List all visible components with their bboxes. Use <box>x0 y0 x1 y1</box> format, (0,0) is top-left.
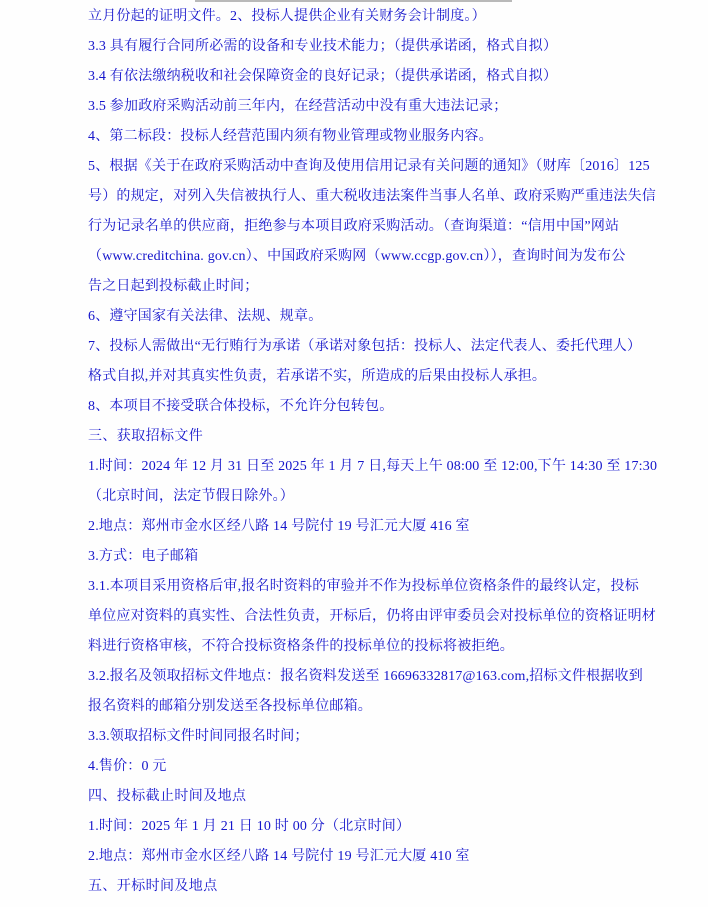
text-line: 3.4 有依法缴纳税收和社会保障资金的良好记录；（提供承诺函，格式自拟） <box>88 62 648 92</box>
document-page: 立月份起的证明文件。2、投标人提供企业有关财务会计制度。）3.3 具有履行合同所… <box>0 0 708 907</box>
text-line: （www.creditchina. gov.cn）、中国政府采购网（www.cc… <box>88 242 648 272</box>
text-line: 报名资料的邮箱分别发送至各投标单位邮箱。 <box>88 692 648 722</box>
text-line: 行为记录名单的供应商，拒绝参与本项目政府采购活动。（查询渠道：“信用中国”网站 <box>88 212 648 242</box>
text-line: 7、投标人需做出“无行贿行为承诺（承诺对象包括：投标人、法定代表人、委托代理人） <box>88 332 648 362</box>
text-line: 格式自拟,并对其真实性负责，若承诺不实，所造成的后果由投标人承担。 <box>88 362 648 392</box>
text-line: 3.3 具有履行合同所必需的设备和专业技术能力；（提供承诺函，格式自拟） <box>88 32 648 62</box>
text-line: 1.时间：2025 年 1 月 21 日 10 时 00 分（北京时间） <box>88 812 648 842</box>
text-line: 3.2.报名及领取招标文件地点：报名资料发送至 16696332817@163.… <box>88 662 648 692</box>
text-line: 单位应对资料的真实性、合法性负责，开标后，仍将由评审委员会对投标单位的资格证明材 <box>88 602 648 632</box>
text-line: 2.地点：郑州市金水区经八路 14 号院付 19 号汇元大厦 410 室 <box>88 842 648 872</box>
text-line: 3.方式：电子邮箱 <box>88 542 648 572</box>
text-line: 立月份起的证明文件。2、投标人提供企业有关财务会计制度。） <box>88 2 648 32</box>
text-line: 4.售价：0 元 <box>88 752 648 782</box>
text-line: 4、第二标段：投标人经营范围内须有物业管理或物业服务内容。 <box>88 122 648 152</box>
text-line: 3.3.领取招标文件时间同报名时间； <box>88 722 648 752</box>
section-heading: 五、开标时间及地点 <box>88 872 648 902</box>
text-line: 8、本项目不接受联合体投标，不允许分包转包。 <box>88 392 648 422</box>
section-heading: 三、获取招标文件 <box>88 422 648 452</box>
text-line: 5、根据《关于在政府采购活动中查询及使用信用记录有关问题的通知》（财库〔2016… <box>88 152 648 182</box>
text-line: 3.5 参加政府采购活动前三年内，在经营活动中没有重大违法记录； <box>88 92 648 122</box>
text-line: 料进行资格审核，不符合投标资格条件的投标单位的投标将被拒绝。 <box>88 632 648 662</box>
text-line: 3.1.本项目采用资格后审,报名时资料的审验并不作为投标单位资格条件的最终认定，… <box>88 572 648 602</box>
text-line: 6、遵守国家有关法律、法规、规章。 <box>88 302 648 332</box>
text-line: 告之日起到投标截止时间； <box>88 272 648 302</box>
text-line: 2.地点：郑州市金水区经八路 14 号院付 19 号汇元大厦 416 室 <box>88 512 648 542</box>
section-heading: 四、投标截止时间及地点 <box>88 782 648 812</box>
document-body: 立月份起的证明文件。2、投标人提供企业有关财务会计制度。）3.3 具有履行合同所… <box>88 2 648 902</box>
text-line: 号）的规定，对列入失信被执行人、重大税收违法案件当事人名单、政府采购严重违法失信 <box>88 182 648 212</box>
text-line: 1.时间：2024 年 12 月 31 日至 2025 年 1 月 7 日,每天… <box>88 452 648 482</box>
text-line: （北京时间，法定节假日除外。） <box>88 482 648 512</box>
